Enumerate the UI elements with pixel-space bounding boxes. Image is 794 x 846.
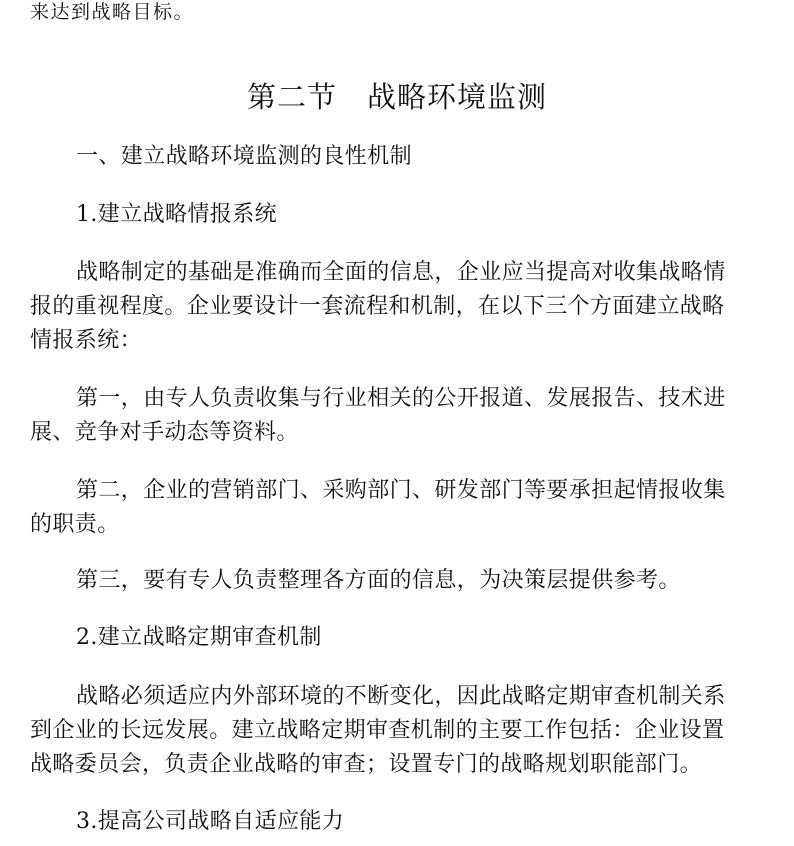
paragraph-line: 报的重视程度。企业要设计一套流程和机制，在以下三个方面建立战略 [30,295,724,319]
paragraph-line: 到企业的长远发展。建立战略定期审查机制的主要工作包括：企业设置 [30,719,724,743]
subheading-1: 1.建立战略情报系统 [76,203,277,227]
section-title: 第二节 战略环境监测 [0,81,794,113]
paragraph-line: 第二，企业的营销部门、采购部门、研发部门等要承担起情报收集 [76,479,726,503]
subheading-2: 2.建立战略定期审查机制 [76,626,322,650]
continuation-text: 来达到战略目标。 [30,0,194,24]
paragraph-line: 战略制定的基础是准确而全面的信息，企业应当提高对收集战略情 [76,261,726,285]
paragraph-line: 战略委员会，负责企业战略的审查；设置专门的战略规划职能部门。 [30,753,702,777]
paragraph-4: 第三，要有专人负责整理各方面的信息，为决策层提供参考。 [76,569,681,593]
subheading-3: 3.提高公司战略自适应能力 [76,810,344,834]
heading-1: 一、建立战略环境监测的良性机制 [76,145,412,169]
paragraph-line: 展、竞争对手动态等资料。 [30,421,299,445]
paragraph-line: 战略必须适应内外部环境的不断变化，因此战略定期审查机制关系 [76,685,726,709]
paragraph-line: 情报系统： [30,329,142,353]
paragraph-line: 的职责。 [30,513,120,537]
paragraph-line: 第一，由专人负责收集与行业相关的公开报道、发展报告、技术进 [76,387,726,411]
